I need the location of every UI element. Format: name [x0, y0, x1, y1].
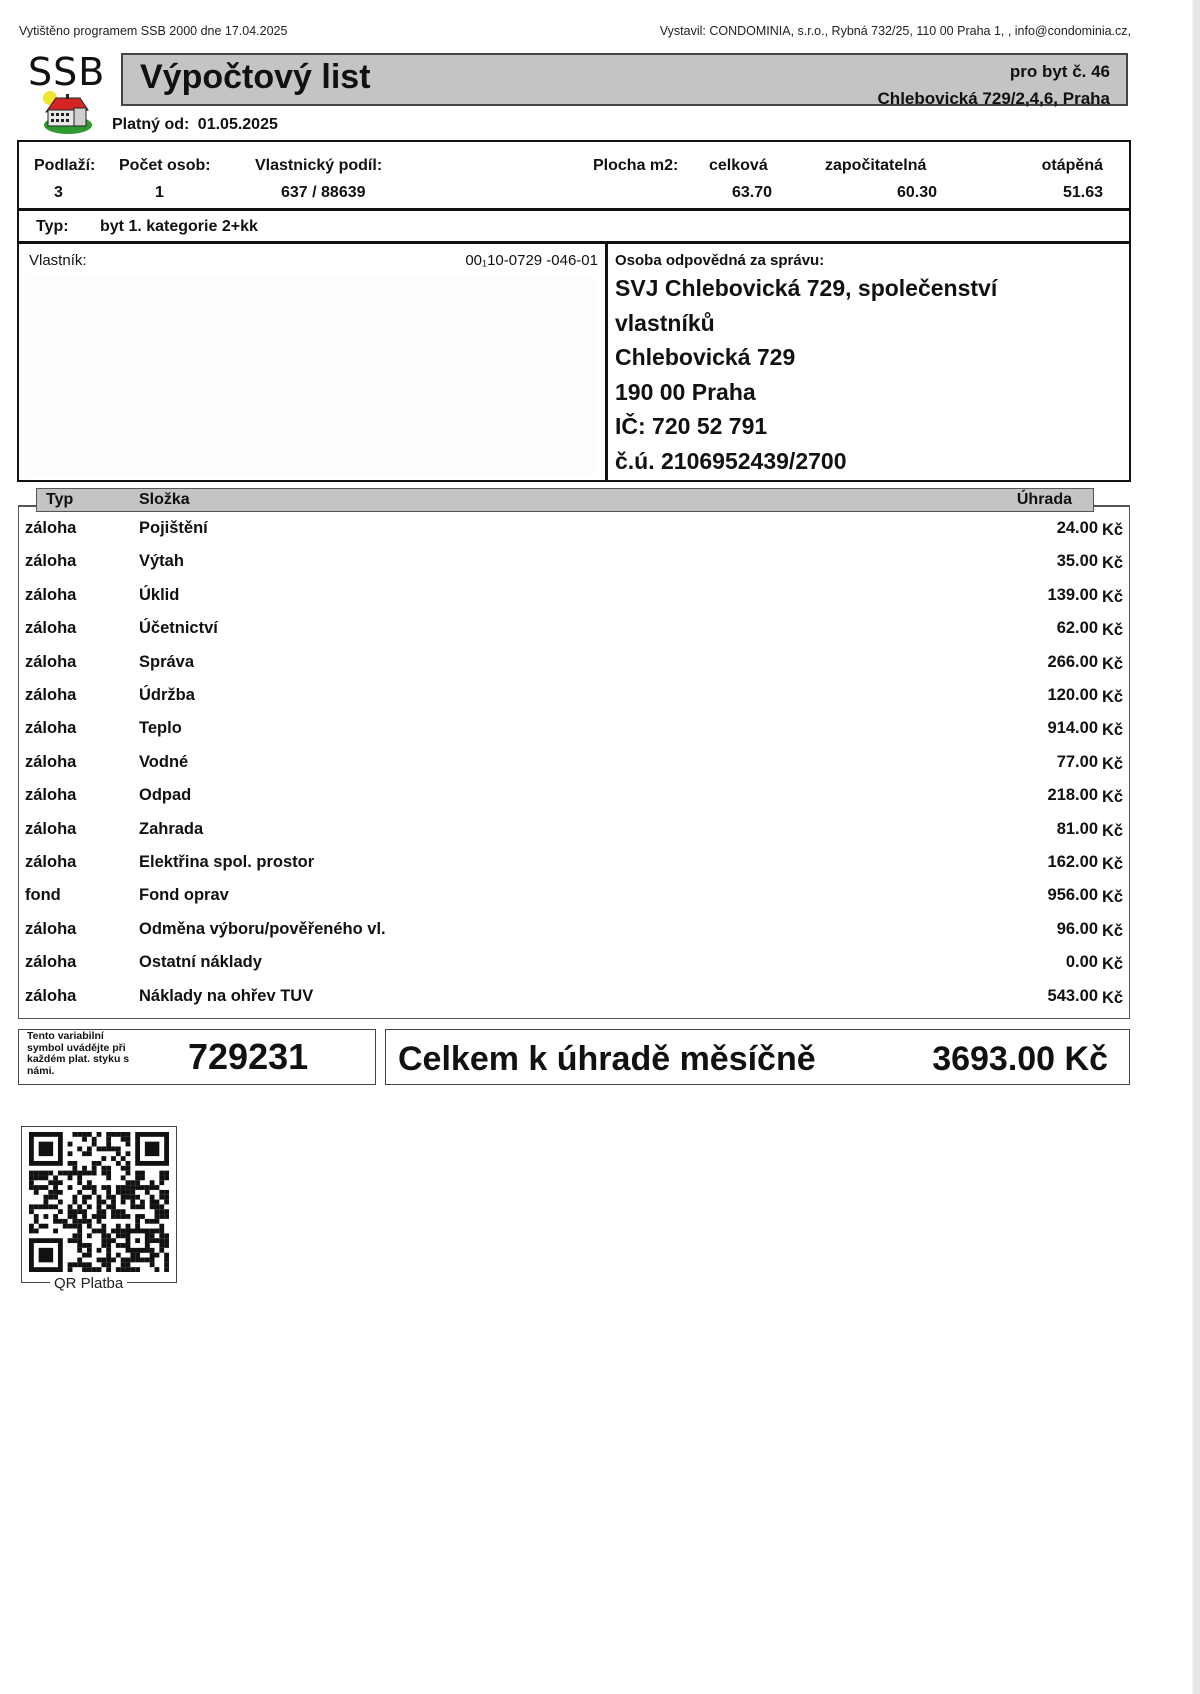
- row-component: Vodné: [139, 753, 188, 772]
- table-row: zálohaPojištění24.00Kč: [0, 519, 1200, 552]
- manager-name: SVJ Chlebovická 729, společenství: [615, 275, 997, 302]
- unit-info-box: [17, 140, 1131, 211]
- qr-caption: QR Platba: [50, 1275, 127, 1292]
- column-header-slozka: Složka: [139, 491, 190, 509]
- manager-street: Chlebovická 729: [615, 344, 795, 371]
- valid-from: Platný od: 01.05.2025: [112, 116, 278, 134]
- row-amount: 266.00: [1048, 653, 1098, 672]
- area-countable-value: 60.30: [897, 184, 937, 202]
- manager-city: 190 00 Praha: [615, 379, 756, 406]
- row-amount: 35.00: [1057, 552, 1098, 571]
- row-amount: 543.00: [1048, 987, 1098, 1006]
- owner-label: Vlastník:: [29, 252, 87, 269]
- row-type: záloha: [25, 853, 76, 872]
- apartment-info: pro byt č. 46 Chlebovická 729/2,4,6, Pra…: [878, 58, 1110, 112]
- table-row: zálohaOstatní náklady0.00Kč: [0, 953, 1200, 986]
- table-frame-edge: [18, 505, 36, 507]
- row-currency: Kč: [1102, 855, 1123, 874]
- row-amount: 956.00: [1048, 886, 1098, 905]
- table-row: zálohaÚdržba120.00Kč: [0, 686, 1200, 719]
- persons-label: Počet osob:: [119, 157, 211, 175]
- row-type: záloha: [25, 753, 76, 772]
- table-row: zálohaNáklady na ohřev TUV543.00Kč: [0, 987, 1200, 1020]
- ssb-logo-text: SSB: [28, 50, 105, 94]
- manager-ico: IČ: 720 52 791: [615, 413, 767, 440]
- total-label: Celkem k úhradě měsíčně: [398, 1040, 816, 1079]
- row-amount: 96.00: [1057, 920, 1098, 939]
- table-row: fondFond oprav956.00Kč: [0, 886, 1200, 919]
- table-row: zálohaTeplo914.00Kč: [0, 719, 1200, 752]
- manager-label: Osoba odpovědná za správu:: [615, 252, 824, 269]
- row-type: záloha: [25, 920, 76, 939]
- area-label: Plocha m2:: [593, 157, 678, 175]
- row-currency: Kč: [1102, 788, 1123, 807]
- row-component: Náklady na ohřev TUV: [139, 987, 313, 1006]
- row-currency: Kč: [1102, 521, 1123, 540]
- table-header: [36, 488, 1094, 512]
- area-heated-value: 51.63: [1063, 184, 1103, 202]
- row-type: záloha: [25, 519, 76, 538]
- row-type: záloha: [25, 953, 76, 972]
- table-row: zálohaZahrada81.00Kč: [0, 820, 1200, 853]
- table-row: zálohaOdměna výboru/pověřeného vl.96.00K…: [0, 920, 1200, 953]
- manager-name-cont: vlastníků: [615, 310, 715, 337]
- row-amount: 81.00: [1057, 820, 1098, 839]
- row-currency: Kč: [1102, 721, 1123, 740]
- row-component: Pojištění: [139, 519, 208, 538]
- owner-details-redacted: [25, 275, 595, 475]
- row-component: Teplo: [139, 719, 182, 738]
- area-countable-label: započitatelná: [825, 157, 926, 175]
- row-type: záloha: [25, 686, 76, 705]
- row-currency: Kč: [1102, 822, 1123, 841]
- row-currency: Kč: [1102, 888, 1123, 907]
- row-amount: 162.00: [1048, 853, 1098, 872]
- floor-label: Podlaží:: [34, 157, 95, 175]
- ownership-value: 637 / 88639: [281, 184, 366, 202]
- owner-manager-divider: [605, 242, 608, 480]
- row-component: Úklid: [139, 586, 179, 605]
- table-row: zálohaVýtah35.00Kč: [0, 552, 1200, 585]
- issued-by-text: Vystavil: CONDOMINIA, s.r.o., Rybná 732/…: [660, 24, 1131, 38]
- area-total-label: celková: [709, 157, 768, 175]
- row-type: fond: [25, 886, 61, 905]
- row-currency: Kč: [1102, 955, 1123, 974]
- row-type: záloha: [25, 820, 76, 839]
- row-component: Zahrada: [139, 820, 203, 839]
- variable-symbol-note: Tento variabilní symbol uvádějte při kaž…: [27, 1031, 137, 1077]
- row-type: záloha: [25, 653, 76, 672]
- row-type: záloha: [25, 786, 76, 805]
- column-header-typ: Typ: [46, 491, 73, 509]
- table-row: zálohaElektřina spol. prostor162.00Kč: [0, 853, 1200, 886]
- row-component: Elektřina spol. prostor: [139, 853, 314, 872]
- area-total-value: 63.70: [732, 184, 772, 202]
- printed-by-text: Vytištěno programem SSB 2000 dne 17.04.2…: [19, 24, 287, 38]
- building-address: Chlebovická 729/2,4,6, Praha: [878, 85, 1110, 112]
- row-currency: Kč: [1102, 688, 1123, 707]
- row-currency: Kč: [1102, 655, 1123, 674]
- row-currency: Kč: [1102, 621, 1123, 640]
- owner-account-code: 00₁10-0729 -046-01: [465, 252, 598, 269]
- apartment-number: pro byt č. 46: [878, 58, 1110, 85]
- floor-value: 3: [54, 184, 63, 202]
- row-amount: 24.00: [1057, 519, 1098, 538]
- qr-code-icon: [29, 1132, 169, 1272]
- type-label: Typ:: [36, 218, 69, 236]
- row-amount: 120.00: [1048, 686, 1098, 705]
- row-currency: Kč: [1102, 922, 1123, 941]
- row-amount: 77.00: [1057, 753, 1098, 772]
- table-row: zálohaSpráva266.00Kč: [0, 653, 1200, 686]
- variable-symbol: 729231: [188, 1036, 308, 1078]
- row-amount: 139.00: [1048, 586, 1098, 605]
- table-frame-edge: [1094, 505, 1130, 507]
- row-currency: Kč: [1102, 588, 1123, 607]
- row-amount: 0.00: [1066, 953, 1098, 972]
- valid-from-label: Platný od:: [112, 116, 189, 133]
- row-amount: 218.00: [1048, 786, 1098, 805]
- row-type: záloha: [25, 719, 76, 738]
- row-component: Správa: [139, 653, 194, 672]
- qr-payment-code[interactable]: [21, 1126, 177, 1283]
- table-row: zálohaOdpad218.00Kč: [0, 786, 1200, 819]
- row-currency: Kč: [1102, 755, 1123, 774]
- manager-bank-account: č.ú. 2106952439/2700: [615, 448, 846, 475]
- row-component: Účetnictví: [139, 619, 218, 638]
- table-row: zálohaÚčetnictví62.00Kč: [0, 619, 1200, 652]
- table-row: zálohaÚklid139.00Kč: [0, 586, 1200, 619]
- total-value: 3693.00 Kč: [932, 1040, 1108, 1079]
- row-currency: Kč: [1102, 989, 1123, 1008]
- row-currency: Kč: [1102, 554, 1123, 573]
- persons-value: 1: [155, 184, 164, 202]
- row-component: Údržba: [139, 686, 195, 705]
- row-type: záloha: [25, 552, 76, 571]
- row-component: Odpad: [139, 786, 191, 805]
- type-value: byt 1. kategorie 2+kk: [100, 218, 258, 236]
- table-row: zálohaVodné77.00Kč: [0, 753, 1200, 786]
- row-amount: 914.00: [1048, 719, 1098, 738]
- valid-from-value: 01.05.2025: [198, 116, 278, 133]
- area-heated-label: otápěná: [1042, 157, 1103, 175]
- house-logo-icon: [38, 90, 94, 136]
- page-title: Výpočtový list: [140, 58, 371, 97]
- row-amount: 62.00: [1057, 619, 1098, 638]
- row-component: Ostatní náklady: [139, 953, 262, 972]
- ownership-label: Vlastnický podíl:: [255, 157, 382, 175]
- row-component: Výtah: [139, 552, 184, 571]
- row-type: záloha: [25, 619, 76, 638]
- row-component: Fond oprav: [139, 886, 229, 905]
- column-header-uhrada: Úhrada: [1017, 491, 1072, 509]
- row-type: záloha: [25, 987, 76, 1006]
- row-type: záloha: [25, 586, 76, 605]
- row-component: Odměna výboru/pověřeného vl.: [139, 920, 386, 939]
